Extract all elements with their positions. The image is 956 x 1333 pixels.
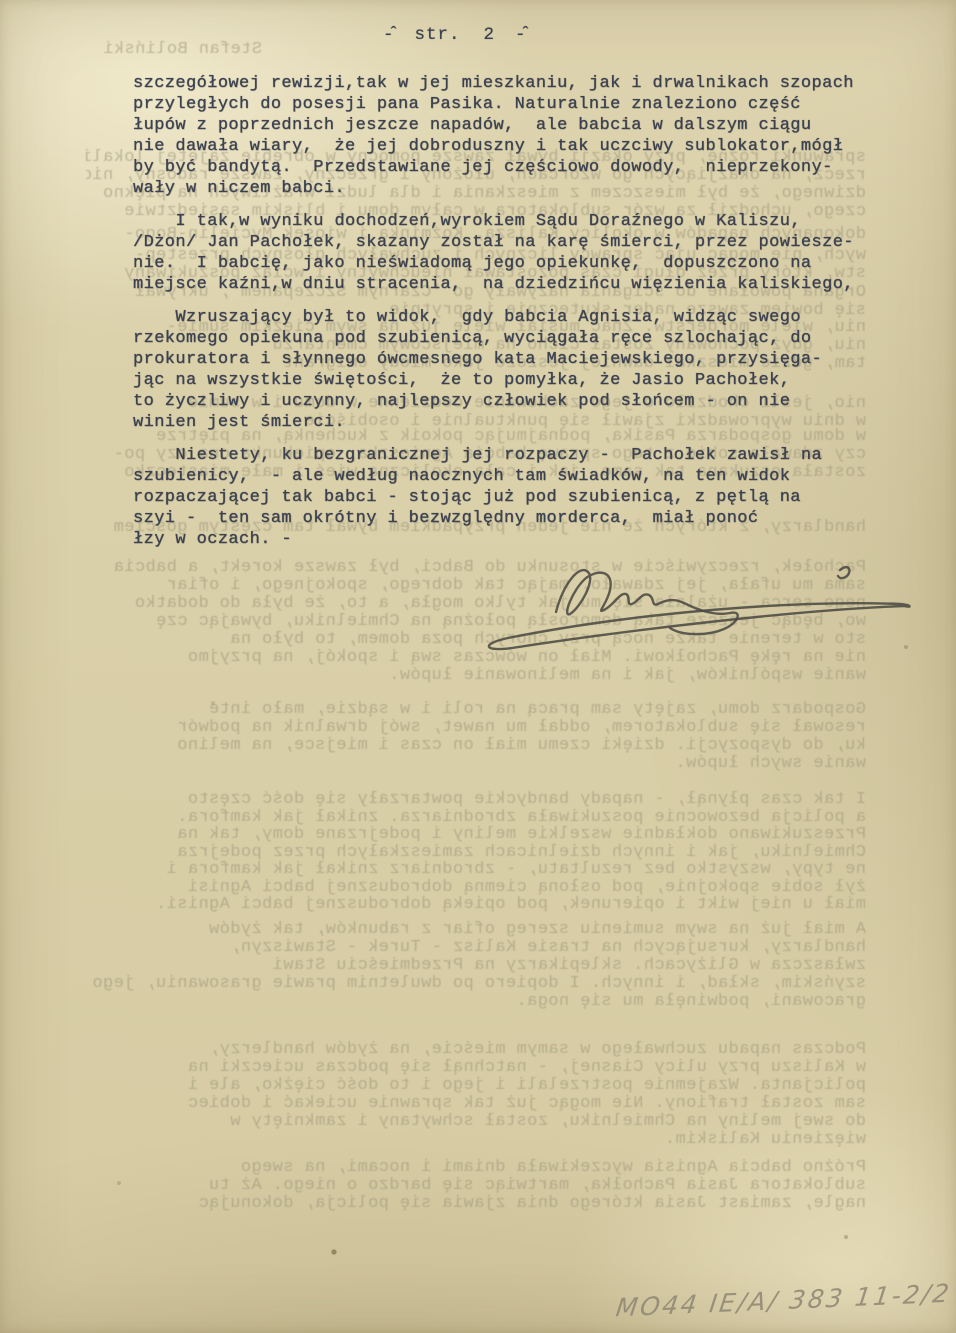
bleed-through-line: Podczas napadu zuchwałego w samym mieści… — [86, 1040, 866, 1059]
typed-paragraph: szczegółowej rewizji,tak w jej mieszkani… — [133, 73, 868, 199]
signature-drawing — [468, 548, 920, 670]
bleed-through-line: policjanta. Wzajemnie postrzelali i jego… — [86, 1076, 866, 1095]
signature-underline-flourish — [489, 603, 910, 649]
bleed-through-line: I tak czas płynął, - napady bandyckie po… — [86, 790, 866, 809]
bleed-through-line: handlarzy, kursujących na trasie Kalisz … — [86, 938, 866, 957]
bleed-through-line: Przeszukiwano dokładnie wszelkie meliny … — [86, 825, 866, 844]
bleed-through-line: sublokatora Jasia Pachołka, martwiąc się… — [86, 1176, 866, 1195]
page-number-label: str. 2 — [415, 25, 496, 45]
bleed-through-line: sam został trafiony. Nie mogąc już tak s… — [86, 1094, 866, 1113]
bleed-through-line: resował się sublokatorem, oddał mu nawet… — [86, 718, 866, 737]
bleed-through-line: szyńskim, skład, i innych. I dopiero po … — [86, 974, 866, 993]
typed-paragraph: Niestety, ku bezgranicznej jej rozpaczy … — [133, 445, 868, 550]
signature-tick-mark — [838, 567, 849, 578]
bleed-through-line: Próżno babcia Agnisia wyczekiwała dniami… — [86, 1158, 866, 1177]
header-left-mark: -̂ — [383, 25, 395, 45]
bleed-through-line: Gospodarz domu, zajęty sam pracą na roli… — [86, 700, 866, 719]
bleed-through-line: więzieniu Kaliskim. — [86, 1130, 866, 1149]
typed-paragraph: Wzruszający był to widok, gdy babcia Agn… — [133, 307, 868, 433]
typed-text-body: szczegółowej rewizji,tak w jej mieszkani… — [133, 73, 868, 562]
bleed-through-line: Stefan Boliński — [92, 40, 262, 59]
bleed-through-line: do swej meliny na Chmielniku, został sch… — [86, 1112, 866, 1131]
typed-paragraph: I tak,w wyniku dochodzeń,wyrokiem Sądu D… — [133, 211, 868, 295]
bleed-through-line: w Kaliszu przy ulicy Ciasnej, - natchnął… — [86, 1058, 866, 1077]
page-header: -̂ str. 2 -̂ — [383, 25, 527, 45]
bleed-through-line: wanie swych łupów. — [86, 754, 866, 773]
header-right-mark: -̂ — [515, 25, 527, 45]
bleed-through-line: ku, do dyspozycji. dzięki czemu miał on … — [86, 736, 866, 755]
bleed-through-line: miał u niej wikt i opierunek, pod opieką… — [86, 895, 866, 914]
bleed-through-line: nagle, zamiast Jasia którego dnia zjawia… — [86, 1194, 866, 1213]
bleed-through-line: zwłaszcza w Gliżycach. sklepikarzy na Pr… — [86, 956, 866, 975]
bleed-through-line: A miał już na swym sumieniu szereg ofiar… — [86, 920, 866, 939]
bleed-through-line: ne typy, wszystko bez rezultatu, - zbrod… — [86, 860, 866, 879]
bleed-through-line: gracowani, podwinęła mu się noga. — [86, 992, 866, 1011]
document-page: Stefan Bolińskisprawunki różne, przy oka… — [0, 0, 956, 1333]
